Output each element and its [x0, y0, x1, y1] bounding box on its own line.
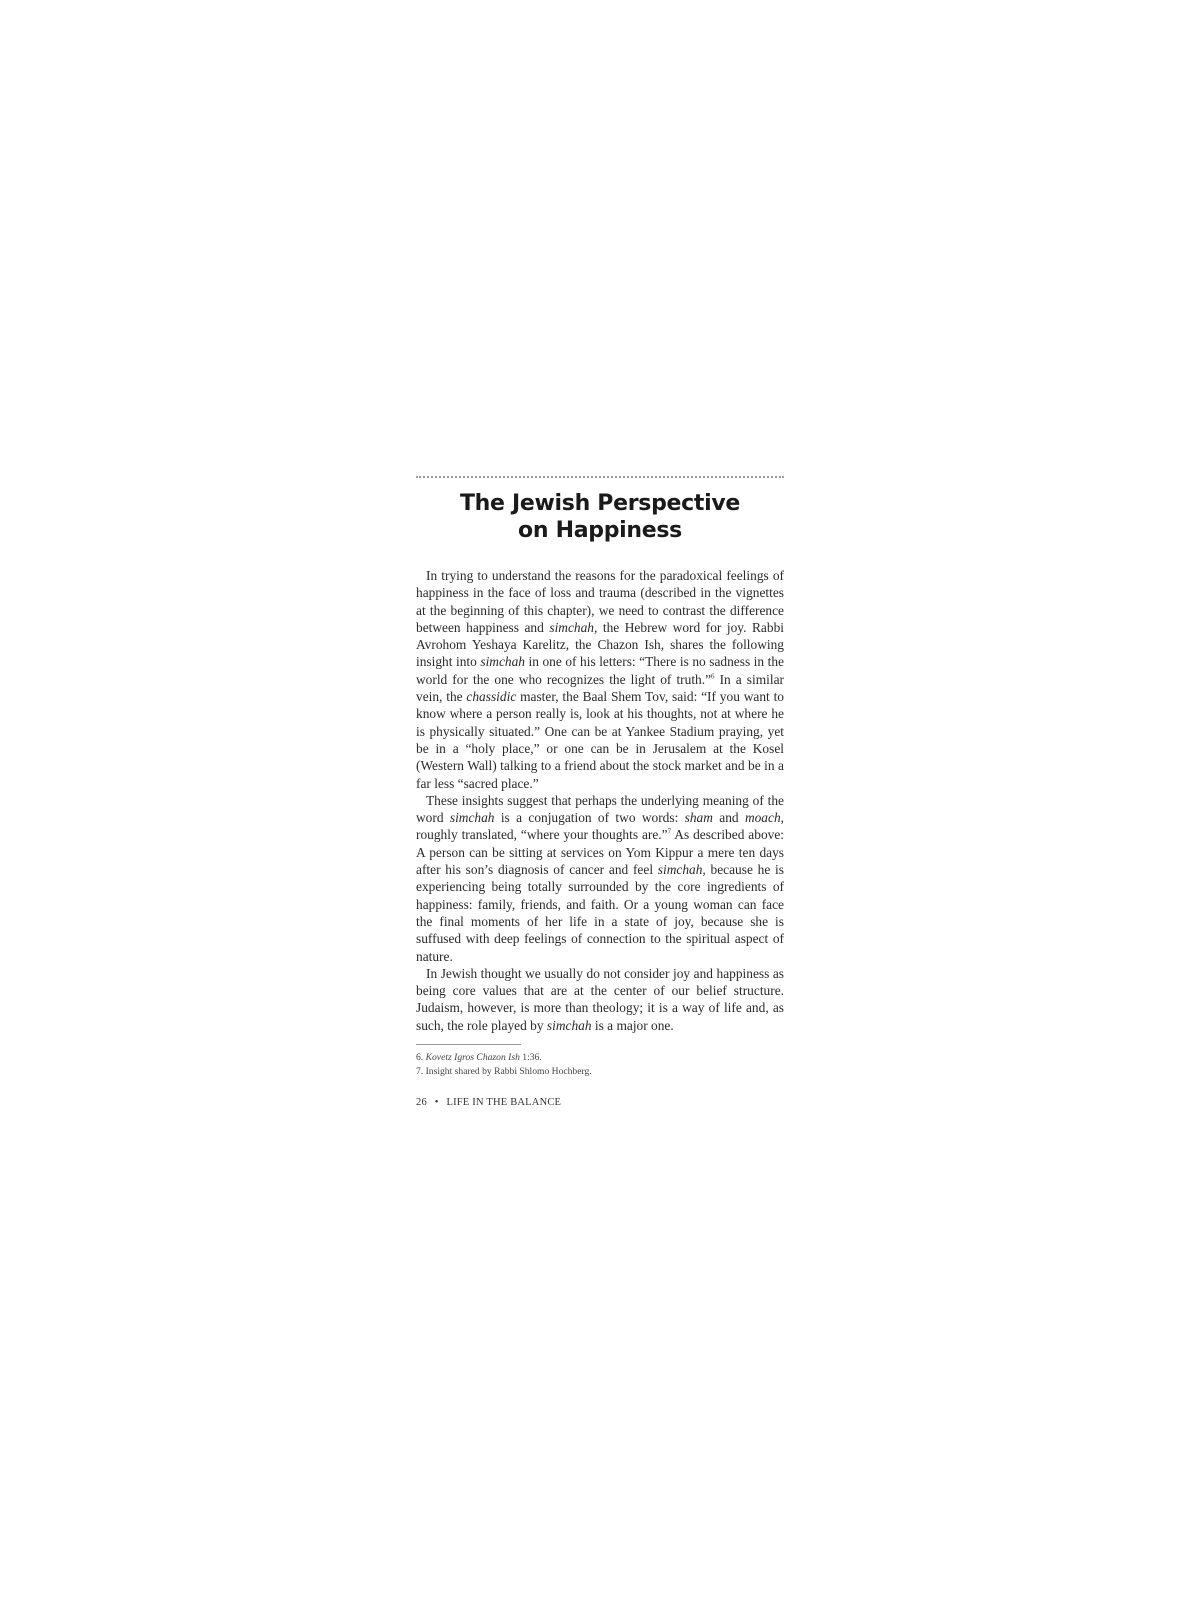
- italic-term: simchah,: [658, 862, 706, 877]
- section-title-line-1: The Jewish Perspective: [460, 491, 740, 516]
- footnote-number: 6.: [416, 1052, 423, 1063]
- footnote-divider: [416, 1044, 521, 1045]
- italic-term: moach: [745, 810, 781, 825]
- footnote-text: Insight shared by Rabbi Shlomo Hochberg.: [426, 1066, 592, 1077]
- italic-term: sham: [685, 810, 713, 825]
- italic-term: simchah,: [549, 620, 597, 635]
- text-run: and: [713, 810, 745, 825]
- text-run: because he is experiencing being totally…: [416, 862, 784, 963]
- text-run: master, the Baal Shem Tov, said: “If you…: [416, 689, 784, 790]
- running-book-title: LIFE IN THE BALANCE: [446, 1097, 561, 1108]
- page-column: The Jewish Perspective on Happiness In t…: [416, 476, 784, 1108]
- italic-term: chassidic: [466, 689, 516, 704]
- footnote-7: 7. Insight shared by Rabbi Shlomo Hochbe…: [416, 1065, 784, 1079]
- bullet-separator-icon: •: [435, 1097, 439, 1108]
- footnotes: 6. Kovetz Igros Chazon Ish 1:36. 7. Insi…: [416, 1051, 784, 1079]
- italic-term: simchah: [450, 810, 495, 825]
- text-run: is a major one.: [592, 1018, 674, 1033]
- footnote-text: 1:36.: [520, 1052, 542, 1063]
- paragraph: In Jewish thought we usually do not cons…: [416, 965, 784, 1034]
- section-title: The Jewish Perspective on Happiness: [416, 490, 784, 544]
- section-title-line-2: on Happiness: [518, 518, 682, 543]
- page-footer: 26 • LIFE IN THE BALANCE: [416, 1097, 784, 1108]
- paragraph: These insights suggest that perhaps the …: [416, 792, 784, 965]
- italic-term: simchah: [480, 654, 525, 669]
- body-text: In trying to understand the reasons for …: [416, 567, 784, 1034]
- page-number: 26: [416, 1097, 427, 1108]
- footnote-number: 7.: [416, 1066, 423, 1077]
- paragraph: In trying to understand the reasons for …: [416, 567, 784, 792]
- dotted-divider: [416, 476, 784, 478]
- text-run: is a conjugation of two words:: [495, 810, 685, 825]
- italic-term: simchah: [547, 1018, 592, 1033]
- footnote-6: 6. Kovetz Igros Chazon Ish 1:36.: [416, 1051, 784, 1065]
- footnote-source-title: Kovetz Igros Chazon Ish: [426, 1052, 520, 1063]
